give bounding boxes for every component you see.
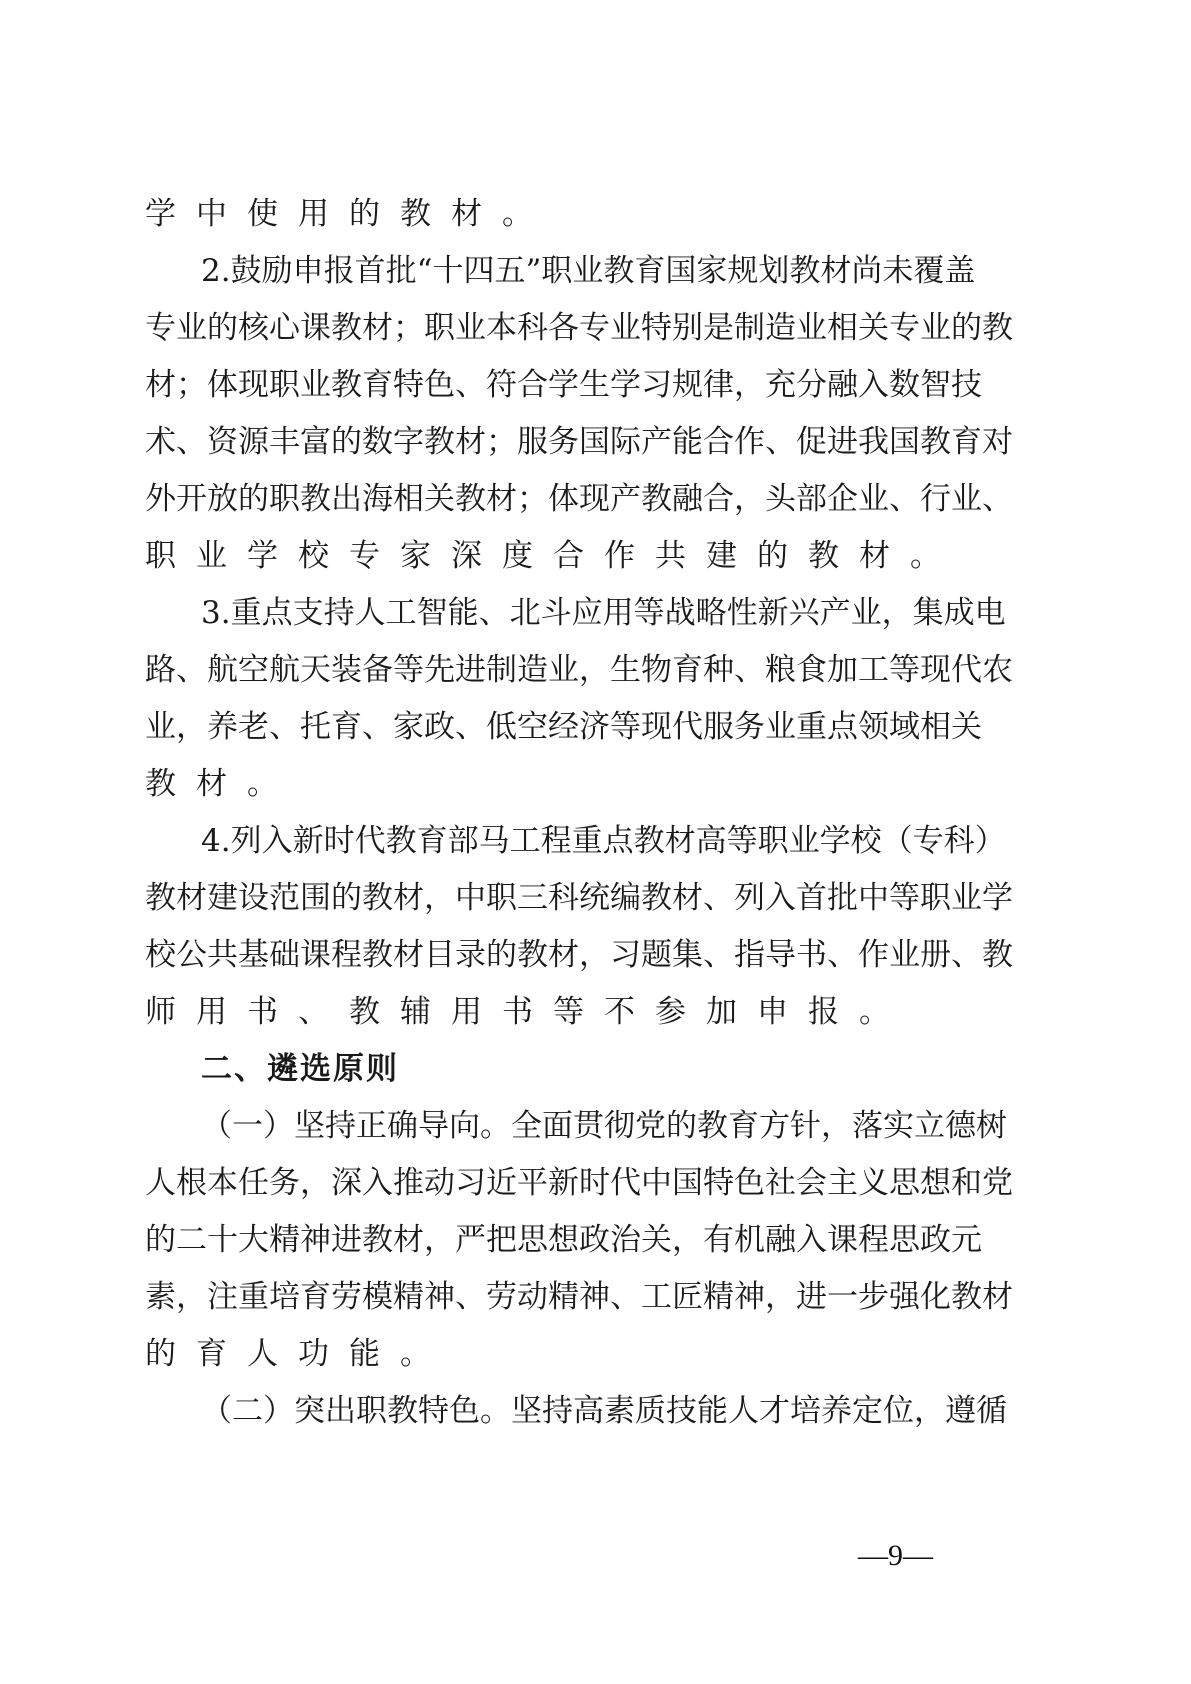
text-line: 人根本任务，深入推动习近平新时代中国特色社会主义思想和党 [145, 1155, 967, 1212]
document-page: 学中使用的教材。 2.鼓励申报首批“十四五”职业教育国家规划教材尚未覆盖 专业的… [0, 0, 1191, 1684]
text-line: 术、资源丰富的数字教材；服务国际产能合作、促进我国教育对 [145, 414, 967, 471]
text-line: 的二十大精神进教材，严把思想政治关，有机融入课程思政元 [145, 1212, 967, 1269]
text-line: 教材。 [145, 756, 967, 813]
page-number: —9— [858, 1538, 933, 1574]
list-item-4-start: 4.列入新时代教育部马工程重点教材高等职业学校（专科） [145, 813, 967, 870]
text-line: 学中使用的教材。 [145, 186, 967, 243]
text-line: 外开放的职教出海相关教材；体现产教融合，头部企业、行业、 [145, 471, 967, 528]
principle-1-start: （一）坚持正确导向。全面贯彻党的教育方针，落实立德树 [145, 1098, 967, 1155]
principle-2-start: （二）突出职教特色。坚持高素质技能人才培养定位，遵循 [145, 1383, 967, 1440]
text-line: 职业学校专家深度合作共建的教材。 [145, 528, 967, 585]
list-item-2-start: 2.鼓励申报首批“十四五”职业教育国家规划教材尚未覆盖 [145, 243, 967, 300]
text-line: 师用书、教辅用书等不参加申报。 [145, 984, 967, 1041]
text-line: 校公共基础课程教材目录的教材，习题集、指导书、作业册、教 [145, 927, 967, 984]
text-line: 材；体现职业教育特色、符合学生学习规律，充分融入数智技 [145, 357, 967, 414]
text-line: 专业的核心课教材；职业本科各专业特别是制造业相关专业的教 [145, 300, 967, 357]
text-line: 素，注重培育劳模精神、劳动精神、工匠精神，进一步强化教材 [145, 1269, 967, 1326]
body-text: 学中使用的教材。 2.鼓励申报首批“十四五”职业教育国家规划教材尚未覆盖 专业的… [145, 186, 967, 1440]
text-line: 业，养老、托育、家政、低空经济等现代服务业重点领域相关 [145, 699, 967, 756]
text-line: 的育人功能。 [145, 1326, 967, 1383]
text-line: 教材建设范围的教材，中职三科统编教材、列入首批中等职业学 [145, 870, 967, 927]
list-item-3-start: 3.重点支持人工智能、北斗应用等战略性新兴产业，集成电 [145, 585, 967, 642]
section-heading: 二、遴选原则 [145, 1041, 967, 1098]
text-line: 路、航空航天装备等先进制造业，生物育种、粮食加工等现代农 [145, 642, 967, 699]
